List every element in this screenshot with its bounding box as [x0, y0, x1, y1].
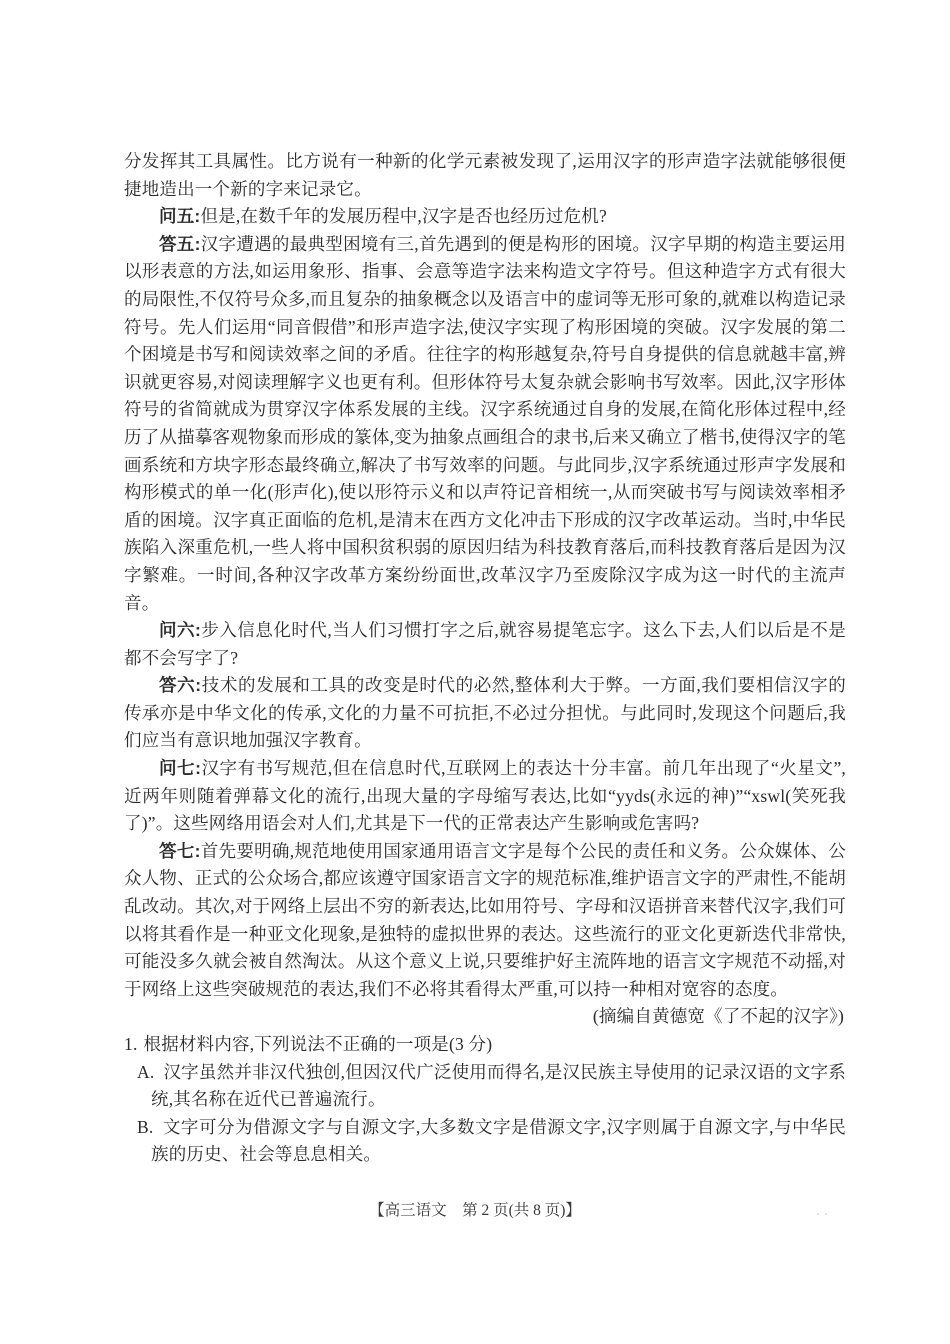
continuation-paragraph: 分发挥其工具属性。比方说有一种新的化学元素被发现了,运用汉字的形声造字法就能够很… [124, 148, 846, 203]
scan-artifact-mark: .. [815, 1207, 831, 1218]
page-footer-text: 【高三语文 第 2 页(共 8 页)】 [369, 1202, 581, 1219]
qa-text-question-5: 但是,在数千年的发展历程中,汉字是否也经历过危机? [200, 206, 607, 226]
passage-body: 分发挥其工具属性。比方说有一种新的化学元素被发现了,运用汉字的形声造字法就能够很… [124, 148, 846, 1169]
option-b-label: B. [137, 1117, 153, 1137]
qa-text-question-7: 汉字有书写规范,但在信息时代,互联网上的表达十分丰富。前几年出现了“火星文”,近… [124, 758, 846, 833]
option-b-text: 文字可分为借源文字与自源文字,大多数文字是借源文字,汉字则属于自源文字,与中华民… [151, 1117, 846, 1165]
qa-text-question-6: 步入信息化时代,当人们习惯打字之后,就容易提笔忘字。这么下去,人们以后是不是都不… [124, 620, 846, 668]
question-1-stem: 1.根据材料内容,下列说法不正确的一项是(3 分) [124, 1031, 846, 1059]
qa-paragraph-answer-7: 答七:首先要明确,规范地使用国家通用语言文字是每个公民的责任和义务。公众媒体、公… [124, 838, 846, 1004]
source-citation-text: (摘编自黄德宽《了不起的汉字》) [593, 1006, 844, 1026]
option-a-label: A. [137, 1062, 154, 1082]
qa-label-answer-6: 答六: [159, 675, 201, 695]
question-1-option-b: B.文字可分为借源文字与自源文字,大多数文字是借源文字,汉字则属于自源文字,与中… [124, 1114, 846, 1169]
qa-text-answer-7: 首先要明确,规范地使用国家通用语言文字是每个公民的责任和义务。公众媒体、公众人物… [124, 841, 846, 999]
qa-paragraph-question-7: 问七:汉字有书写规范,但在信息时代,互联网上的表达十分丰富。前几年出现了“火星文… [124, 755, 846, 838]
continuation-text: 分发挥其工具属性。比方说有一种新的化学元素被发现了,运用汉字的形声造字法就能够很… [124, 151, 846, 199]
qa-label-answer-5: 答五: [159, 234, 201, 254]
qa-paragraph-question-5: 问五:但是,在数千年的发展历程中,汉字是否也经历过危机? [124, 203, 846, 231]
qa-label-question-6: 问六: [159, 620, 201, 640]
qa-paragraph-answer-5: 答五:汉字遭遇的最典型困境有三,首先遇到的便是构形的困境。汉字早期的构造主要运用… [124, 231, 846, 617]
source-citation: (摘编自黄德宽《了不起的汉字》) [124, 1003, 846, 1031]
qa-paragraph-question-6: 问六:步入信息化时代,当人们习惯打字之后,就容易提笔忘字。这么下去,人们以后是不… [124, 617, 846, 672]
option-a-text: 汉字虽然并非汉代独创,但因汉代广泛使用而得名,是汉民族主导使用的记录汉语的文字系… [151, 1062, 846, 1110]
qa-text-answer-6: 技术的发展和工具的改变是时代的必然,整体利大于弊。一方面,我们要相信汉字的传承亦… [124, 675, 846, 750]
qa-label-question-7: 问七: [159, 758, 201, 778]
qa-label-question-5: 问五: [159, 206, 200, 226]
page-footer: 【高三语文 第 2 页(共 8 页)】 [0, 1198, 950, 1220]
question-1-option-a: A.汉字虽然并非汉代独创,但因汉代广泛使用而得名,是汉民族主导使用的记录汉语的文… [124, 1059, 846, 1114]
qa-label-answer-7: 答七: [159, 841, 201, 861]
question-1-stem-text: 根据材料内容,下列说法不正确的一项是(3 分) [144, 1034, 493, 1054]
exam-scan-page: 分发挥其工具属性。比方说有一种新的化学元素被发现了,运用汉字的形声造字法就能够很… [0, 0, 950, 1344]
qa-text-answer-5: 汉字遭遇的最典型困境有三,首先遇到的便是构形的困境。汉字早期的构造主要运用以形表… [124, 234, 846, 613]
question-1-number: 1. [124, 1034, 138, 1054]
qa-paragraph-answer-6: 答六:技术的发展和工具的改变是时代的必然,整体利大于弊。一方面,我们要相信汉字的… [124, 672, 846, 755]
